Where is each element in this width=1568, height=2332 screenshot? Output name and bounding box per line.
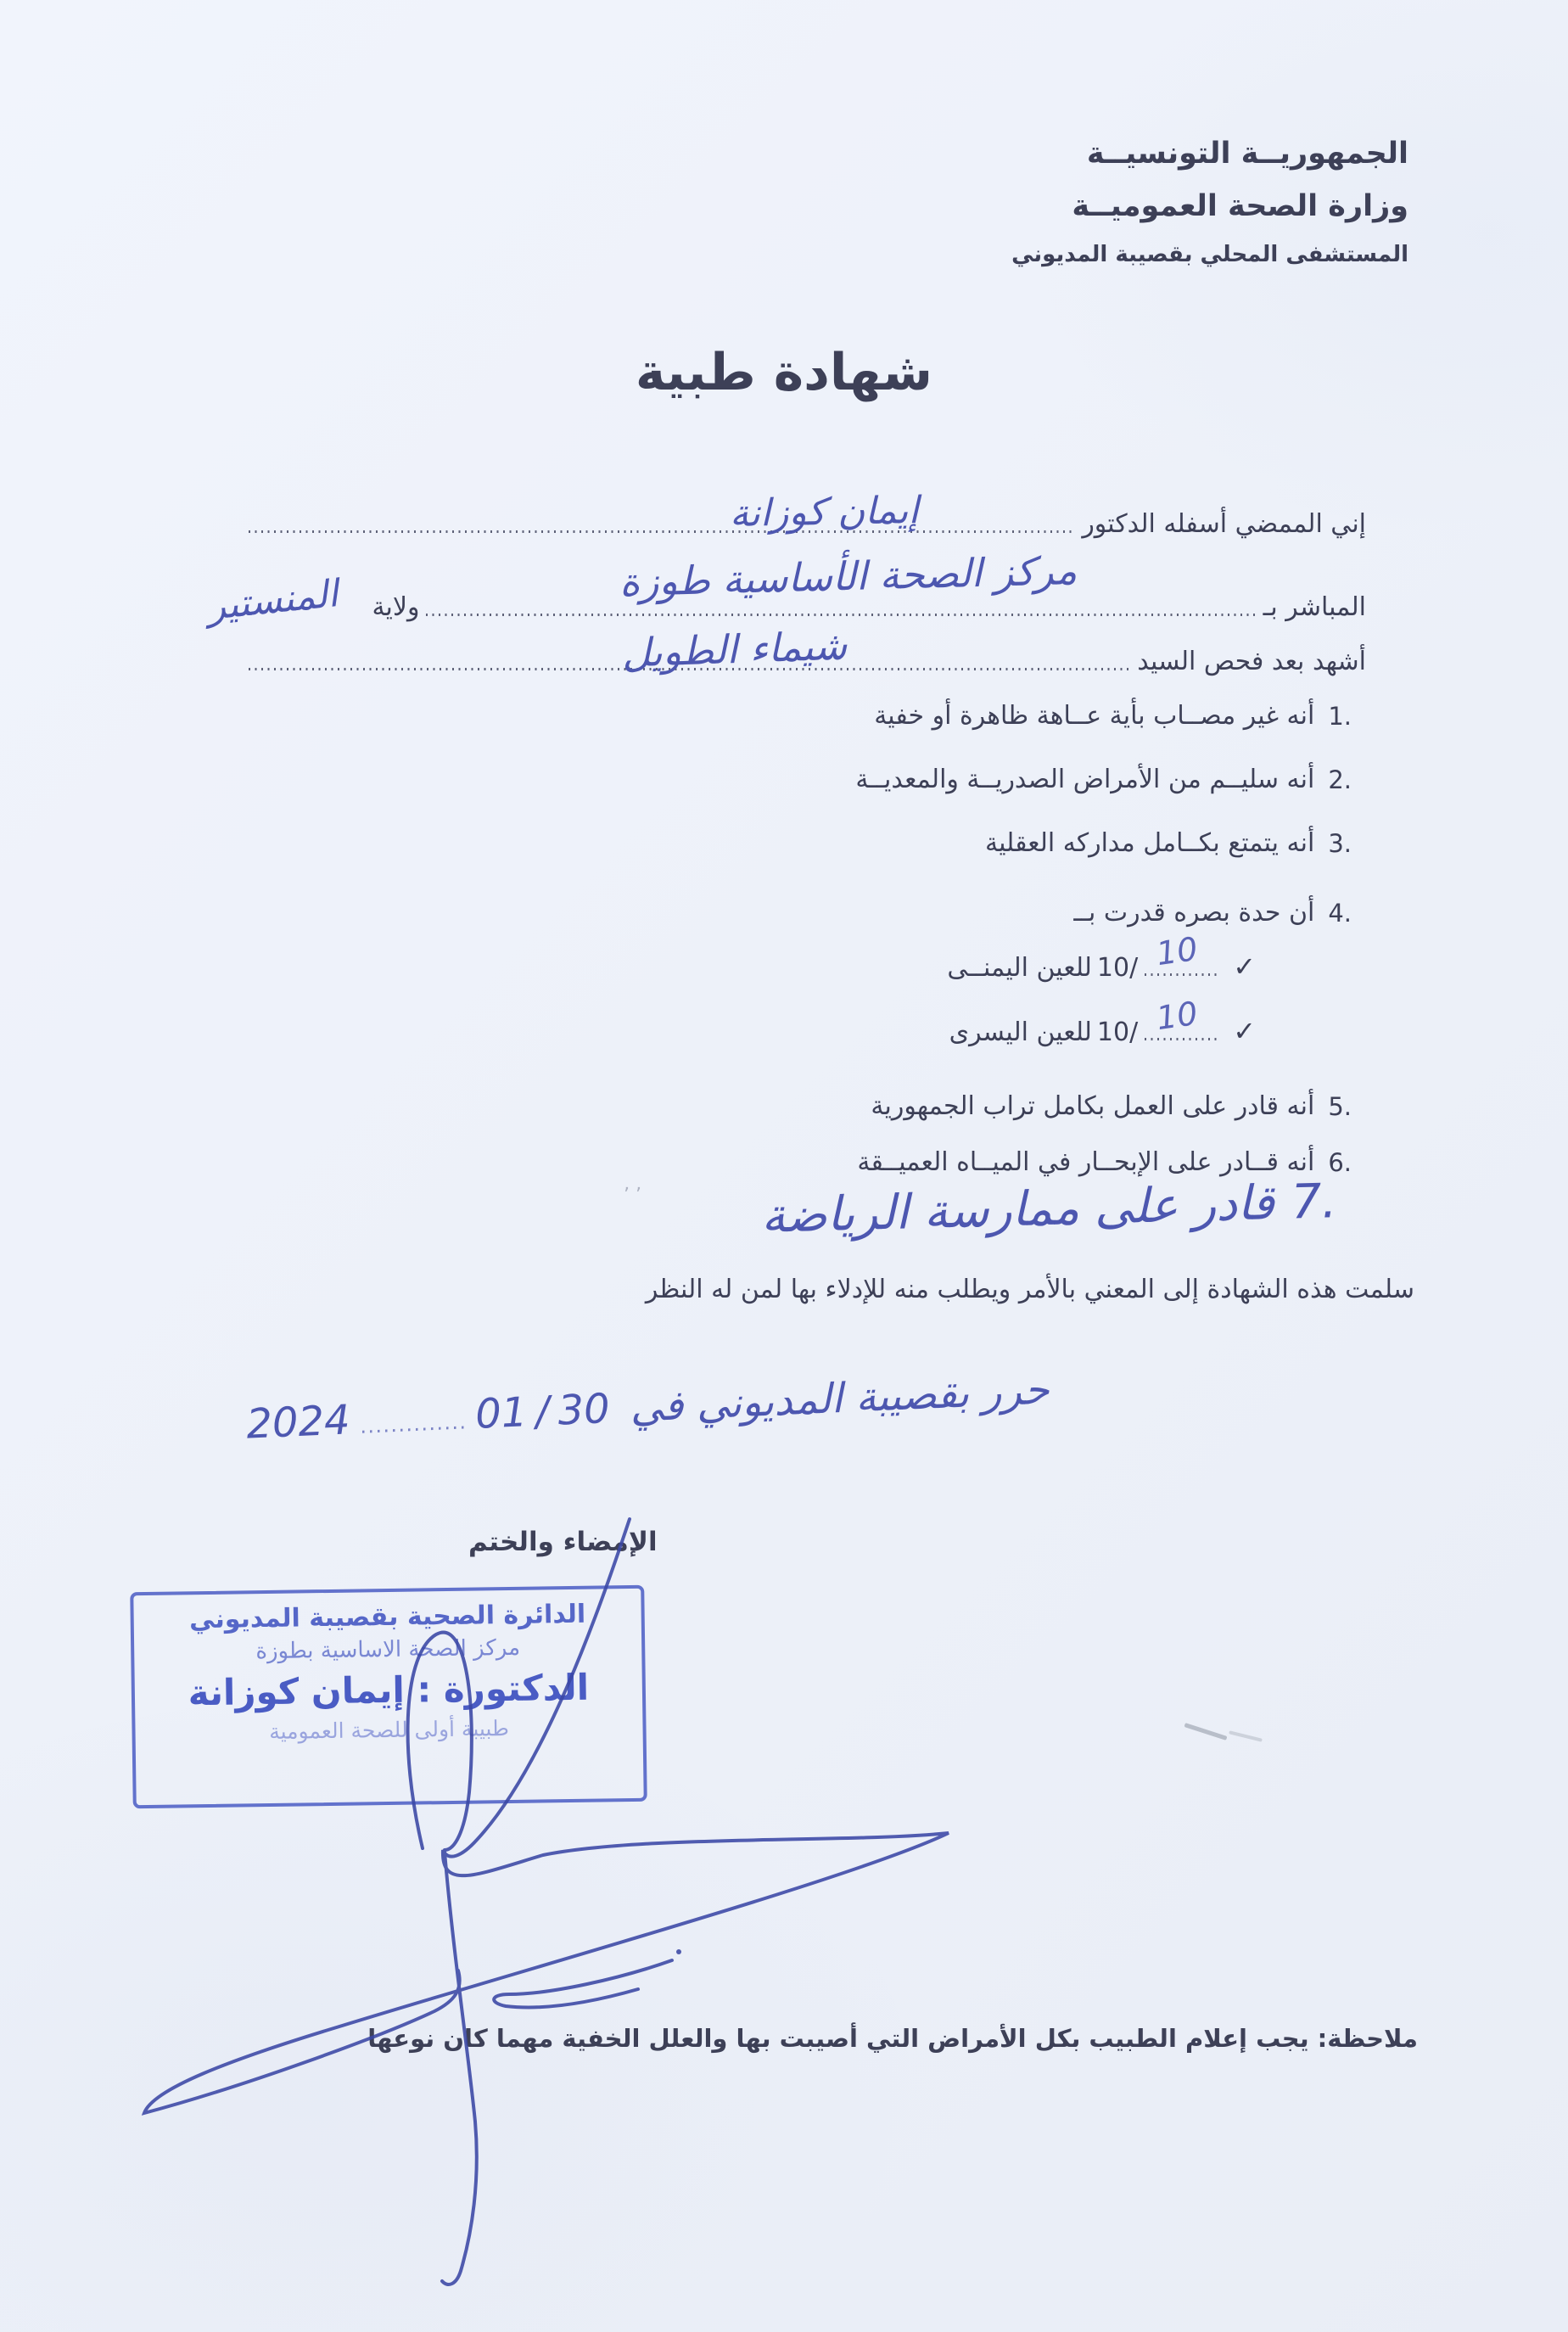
item-text: أنه غير مصــاب بأية عــاهة ظاهرة أو خفية bbox=[874, 701, 1314, 731]
ink-smudge bbox=[1184, 1723, 1228, 1741]
right-eye-value-handwritten: 10 bbox=[1154, 930, 1200, 973]
signature-seal-label: الإمضاء والختم bbox=[468, 1527, 658, 1557]
item-number: 1. bbox=[1328, 702, 1352, 731]
ink-smudge bbox=[1229, 1730, 1263, 1742]
item-text: أنه سليــم من الأمراض الصدريــة والمعديـ… bbox=[855, 765, 1314, 794]
ministry-line: وزارة الصحة العموميــة bbox=[1011, 180, 1408, 233]
footer-note: ملاحظة: يجب إعلام الطبيب بكل الأمراض الت… bbox=[367, 2024, 1418, 2053]
finding-item-6: 6. أنه قــادر على الإبحــار في الميــاه … bbox=[857, 1147, 1352, 1177]
letterhead: الجمهوريــة التونسيــة وزارة الصحة العمو… bbox=[1011, 127, 1408, 277]
date-prefix: حرر بقصيبة المديوني في bbox=[629, 1365, 1050, 1432]
medical-certificate-page: الجمهوريــة التونسيــة وزارة الصحة العمو… bbox=[0, 0, 1568, 2332]
doctor-stamp: الدائرة الصحية بقصيبة المديوني مركز الصح… bbox=[130, 1585, 647, 1808]
item-text: أنه قادر على العمل بكامل تراب الجمهورية bbox=[871, 1091, 1314, 1121]
left-eye-value-handwritten: 10 bbox=[1154, 995, 1200, 1037]
acuity-blank: 10 bbox=[1145, 973, 1218, 976]
item-number: 4. bbox=[1328, 899, 1352, 928]
item-number: 2. bbox=[1328, 765, 1352, 794]
left-eye-label: للعين اليسرى bbox=[949, 1017, 1092, 1047]
doctor-line: إيمان كوزانة إني الممضي أسفله الدكتور bbox=[242, 509, 1366, 539]
date-dotted-leader bbox=[362, 1426, 464, 1432]
stamp-doctor-name: الدكتورة : إيمان كوزانة bbox=[135, 1666, 643, 1714]
doctor-name-handwritten: إيمان كوزانة bbox=[730, 489, 919, 535]
workplace-label: المباشر بـ bbox=[1263, 592, 1366, 622]
examined-line: شيماء الطويل أشهد بعد فحص السيد bbox=[242, 647, 1366, 676]
item-text: أن حدة بصره قدرت بــ bbox=[1073, 898, 1314, 928]
date-year: 2024 bbox=[245, 1396, 350, 1448]
left-eye-acuity-line: للعين اليسرى 10/ 10 ✓ bbox=[949, 1015, 1256, 1047]
doctor-label: إني الممضي أسفله الدكتور bbox=[1082, 509, 1366, 539]
right-eye-acuity-line: للعين اليمنــى 10/ 10 ✓ bbox=[947, 950, 1256, 983]
stray-pen-marks: ʼ ʼ bbox=[624, 1185, 641, 1206]
finding-item-2: 2. أنه سليــم من الأمراض الصدريــة والمع… bbox=[855, 765, 1352, 794]
examined-name-handwritten: شيماء الطويل bbox=[621, 622, 848, 675]
checkmark-icon: ✓ bbox=[1233, 950, 1256, 983]
item-text: قادر على ممارسة الرياضة bbox=[760, 1175, 1275, 1244]
hospital-line: المستشفى المحلي بقصيبة المديوني bbox=[1011, 233, 1408, 277]
state-label: ولاية bbox=[372, 592, 419, 622]
stamp-district-line: الدائرة الصحية بقصيبة المديوني bbox=[133, 1599, 641, 1635]
item-text: أنه يتمتع بكــامل مداركه العقلية bbox=[985, 828, 1314, 858]
date-day: 30 bbox=[557, 1385, 610, 1435]
item-number: 5. bbox=[1328, 1092, 1352, 1121]
item-number: 7. bbox=[1291, 1174, 1337, 1230]
date-line-handwritten: 2024 01 / 30 حرر بقصيبة المديوني في bbox=[245, 1365, 1050, 1448]
workplace-name-handwritten: مركز الصحة الأساسية طوزة bbox=[619, 547, 1078, 605]
delivery-statement: سلمت هذه الشهادة إلى المعني بالأمر ويطلب… bbox=[646, 1275, 1414, 1304]
republic-line: الجمهوريــة التونسيــة bbox=[1011, 127, 1408, 180]
finding-item-4: 4. أن حدة بصره قدرت بــ bbox=[1073, 898, 1352, 928]
dotted-leader bbox=[426, 614, 1256, 616]
dotted-leader bbox=[249, 530, 1075, 533]
item-number: 3. bbox=[1328, 829, 1352, 858]
item-number: 6. bbox=[1328, 1148, 1352, 1177]
checkmark-icon: ✓ bbox=[1233, 1015, 1256, 1047]
finding-item-1: 1. أنه غير مصــاب بأية عــاهة ظاهرة أو خ… bbox=[874, 701, 1352, 731]
acuity-blank: 10 bbox=[1145, 1038, 1218, 1040]
acuity-denominator: 10/ bbox=[1097, 953, 1138, 983]
date-separator: / bbox=[535, 1387, 551, 1436]
stamp-center-line: مركز الصحة الاساسية بطوزة bbox=[134, 1634, 641, 1666]
workplace-line: المنستير ولاية مركز الصحة الأساسية طوزة … bbox=[207, 579, 1366, 622]
date-month: 01 bbox=[474, 1388, 528, 1438]
finding-item-3: 3. أنه يتمتع بكــامل مداركه العقلية bbox=[985, 828, 1352, 858]
stamp-grade-line: طبيبة أولى للصحة العمومية bbox=[135, 1714, 642, 1746]
page-title: شهادة طبية bbox=[597, 343, 971, 402]
right-eye-label: للعين اليمنــى bbox=[947, 953, 1091, 983]
finding-item-5: 5. أنه قادر على العمل بكامل تراب الجمهور… bbox=[871, 1091, 1352, 1121]
finding-item-7-handwritten: 7. قادر على ممارسة الرياضة bbox=[760, 1174, 1337, 1244]
examined-label: أشهد بعد فحص السيد bbox=[1137, 647, 1366, 676]
item-text: أنه قــادر على الإبحــار في الميــاه الع… bbox=[857, 1147, 1314, 1177]
state-name-handwritten: المنستير bbox=[205, 572, 340, 629]
acuity-denominator: 10/ bbox=[1097, 1017, 1138, 1047]
